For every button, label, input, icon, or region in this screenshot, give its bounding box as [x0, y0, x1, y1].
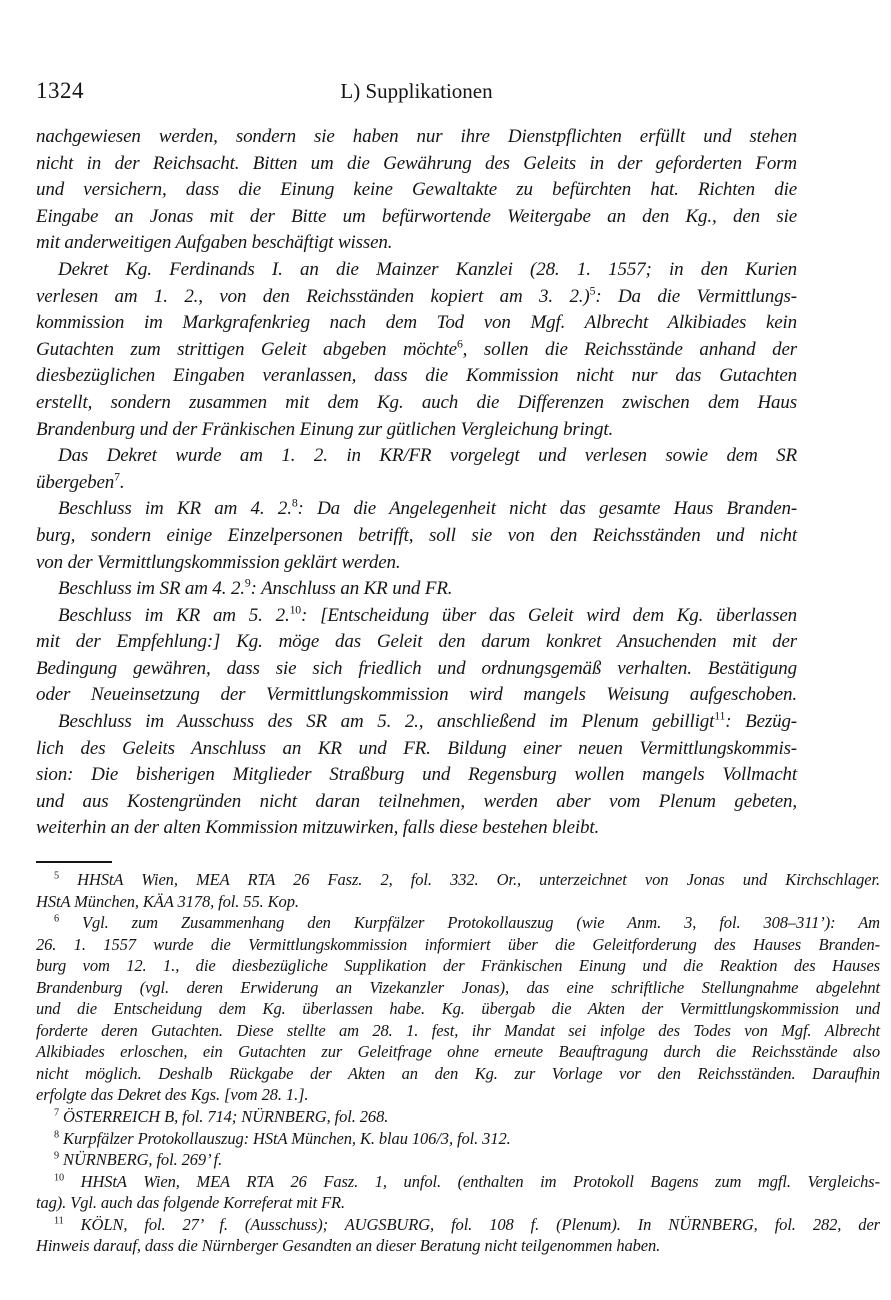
text-line: nachgewiesen werden, sondern sie haben n… — [36, 124, 797, 151]
text-line: burg vom 12. 1., die diesbezügliche Supp… — [36, 955, 880, 977]
footnote-marker: 10 — [290, 603, 301, 616]
page-number: 1324 — [36, 78, 84, 104]
footnote: 10 HHStA Wien, MEA RTA 26 Fasz. 1, unfol… — [36, 1171, 880, 1214]
text-line: forderte deren Gutachten. Diese stellte … — [36, 1020, 880, 1042]
text-line: nicht möglich. Deshalb Rückgabe der Akte… — [36, 1063, 880, 1085]
footnote-marker: 11 — [714, 710, 725, 723]
text-line: burg, sondern einige Einzelpersonen betr… — [36, 523, 797, 550]
footnote-marker: 11 — [54, 1215, 64, 1226]
paragraph: Beschluss im SR am 4. 2.9: Anschluss an … — [36, 576, 797, 603]
footnote: 8 Kurpfälzer Protokollauszug: HStA Münch… — [36, 1128, 880, 1150]
footnote-rule — [36, 861, 112, 863]
body-text: nachgewiesen werden, sondern sie haben n… — [36, 124, 797, 842]
text-line: 10 HHStA Wien, MEA RTA 26 Fasz. 1, unfol… — [36, 1171, 880, 1193]
text-line: oder Neueinsetzung der Vermittlungskommi… — [36, 682, 797, 709]
page-header: 1324 L) Supplikationen — [36, 78, 797, 104]
paragraph: nachgewiesen werden, sondern sie haben n… — [36, 124, 797, 257]
text-line: und versichern, dass die Einung keine Ge… — [36, 177, 797, 204]
text-line: lich des Geleits Anschluss an KR und FR.… — [36, 736, 797, 763]
book-page: 1324 L) Supplikationen nachgewiesen werd… — [0, 0, 891, 1300]
footnote: 11 KÖLN, fol. 27’ f. (Ausschuss); AUGSBU… — [36, 1214, 880, 1257]
text-line: und aus Kostengründen nicht daran teilne… — [36, 789, 797, 816]
text-line: Beschluss im KR am 5. 2.10: [Entscheidun… — [36, 603, 797, 630]
text-line: übergeben7. — [36, 470, 797, 497]
paragraph: Dekret Kg. Ferdinands I. an die Mainzer … — [36, 257, 797, 443]
paragraph: Beschluss im KR am 4. 2.8: Da die Angele… — [36, 496, 797, 576]
text-line: weiterhin an der alten Kommission mitzuw… — [36, 815, 797, 842]
text-line: diesbezüglichen Eingaben veranlassen, da… — [36, 363, 797, 390]
text-line: von der Vermittlungskommission geklärt w… — [36, 550, 797, 577]
footnotes: 5 HHStA Wien, MEA RTA 26 Fasz. 2, fol. 3… — [36, 869, 880, 1257]
text-line: nicht in der Reichsacht. Bitten um die G… — [36, 151, 797, 178]
text-line: 11 KÖLN, fol. 27’ f. (Ausschuss); AUGSBU… — [36, 1214, 880, 1236]
footnote-marker: 10 — [54, 1172, 64, 1183]
text-line: 8 Kurpfälzer Protokollauszug: HStA Münch… — [36, 1128, 880, 1150]
footnote: 7 ÖSTERREICH B, fol. 714; NÜRNBERG, fol.… — [36, 1106, 880, 1128]
text-line: erfolgte das Dekret des Kgs. [vom 28. 1.… — [36, 1084, 880, 1106]
text-line: Beschluss im Ausschuss des SR am 5. 2., … — [36, 709, 797, 736]
text-line: Das Dekret wurde am 1. 2. in KR/FR vorge… — [36, 443, 797, 470]
text-line: verlesen am 1. 2., von den Reichsständen… — [36, 284, 797, 311]
text-line: Brandenburg und der Fränkischen Einung z… — [36, 417, 797, 444]
text-line: mit der Empfehlung:] Kg. möge das Geleit… — [36, 629, 797, 656]
footnote: 9 NÜRNBERG, fol. 269’ f. — [36, 1149, 880, 1171]
paragraph: Beschluss im KR am 5. 2.10: [Entscheidun… — [36, 603, 797, 709]
text-line: Alkibiades erloschen, ein Gutachten zur … — [36, 1041, 880, 1063]
text-line: Brandenburg (vgl. deren Erwiderung an Vi… — [36, 977, 880, 999]
text-line: sion: Die bisherigen Mitglieder Straßbur… — [36, 762, 797, 789]
text-line: Bedingung gewähren, dass sie sich friedl… — [36, 656, 797, 683]
text-line: kommission im Markgrafenkrieg nach dem T… — [36, 310, 797, 337]
text-line: Dekret Kg. Ferdinands I. an die Mainzer … — [36, 257, 797, 284]
text-line: Beschluss im KR am 4. 2.8: Da die Angele… — [36, 496, 797, 523]
text-line: und die Entscheidung dem Kg. überlassen … — [36, 998, 880, 1020]
paragraph: Das Dekret wurde am 1. 2. in KR/FR vorge… — [36, 443, 797, 496]
text-line: 6 Vgl. zum Zusammenhang den Kurpfälzer P… — [36, 912, 880, 934]
text-line: HStA München, KÄA 3178, fol. 55. Kop. — [36, 891, 880, 913]
text-line: erstellt, sondern zusammen mit dem Kg. a… — [36, 390, 797, 417]
paragraph: Beschluss im Ausschuss des SR am 5. 2., … — [36, 709, 797, 842]
text-line: Beschluss im SR am 4. 2.9: Anschluss an … — [36, 576, 797, 603]
text-line: 5 HHStA Wien, MEA RTA 26 Fasz. 2, fol. 3… — [36, 869, 880, 891]
text-line: Eingabe an Jonas mit der Bitte um befürw… — [36, 204, 797, 231]
footnote: 6 Vgl. zum Zusammenhang den Kurpfälzer P… — [36, 912, 880, 1106]
text-line: tag). Vgl. auch das folgende Korreferat … — [36, 1192, 880, 1214]
running-head: L) Supplikationen — [36, 78, 797, 104]
footnote: 5 HHStA Wien, MEA RTA 26 Fasz. 2, fol. 3… — [36, 869, 880, 912]
text-line: 9 NÜRNBERG, fol. 269’ f. — [36, 1149, 880, 1171]
text-line: 7 ÖSTERREICH B, fol. 714; NÜRNBERG, fol.… — [36, 1106, 880, 1128]
text-line: Hinweis darauf, dass die Nürnberger Gesa… — [36, 1235, 880, 1257]
text-line: Gutachten zum strittigen Geleit abgeben … — [36, 337, 797, 364]
text-line: 26. 1. 1557 wurde die Vermittlungskommis… — [36, 934, 880, 956]
text-line: mit anderweitigen Aufgaben beschäftigt w… — [36, 230, 797, 257]
